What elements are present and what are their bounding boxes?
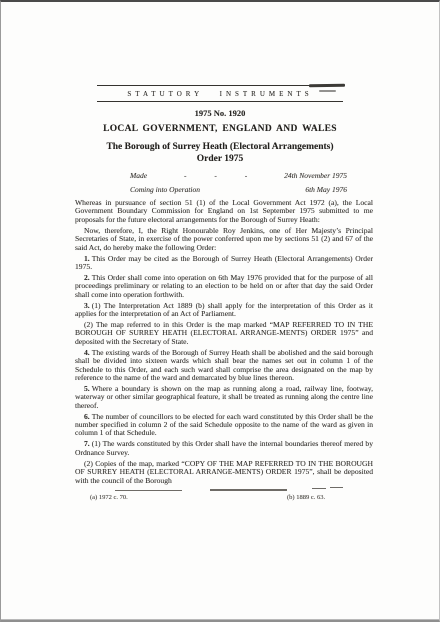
footnote-rule-segment — [115, 490, 182, 491]
order-title: The Borough of Surrey Heath (Electoral A… — [1, 142, 439, 165]
order-paragraph: 1.This Order may be cited as the Borough… — [75, 255, 373, 272]
paragraph-text: Where a boundary is shown on the map as … — [75, 384, 373, 410]
paragraph-text: (2) Copies of the map, marked “COPY OF T… — [75, 459, 373, 485]
paragraph-text: (2) The map referred to in this Order is… — [75, 320, 373, 346]
paragraph-text: This Order shall come into operation on … — [75, 273, 373, 299]
si-banner: STATUTORY INSTRUMENTS — [97, 85, 343, 102]
order-paragraph: 6.The number of councillors to be electe… — [75, 413, 373, 438]
order-paragraph: (2) Copies of the map, marked “COPY OF T… — [75, 460, 373, 485]
order-body: Whereas in pursuance of section 51 (1) o… — [75, 199, 373, 487]
footnote-b: (b) 1889 c. 63. — [287, 494, 325, 501]
footnote-rule-segment — [312, 488, 326, 489]
dates-block: Made - - - 24th November 1975 Coming int… — [130, 171, 347, 198]
order-paragraph: Now, therefore, I, the Right Honourable … — [75, 227, 373, 252]
operation-row: Coming into Operation 6th May 1976 — [130, 185, 347, 194]
paragraph-text: This Order may be cited as the Borough o… — [75, 254, 373, 271]
scan-smudge — [319, 90, 336, 92]
order-paragraph: (2) The map referred to in this Order is… — [75, 321, 373, 346]
page-bottom-edge — [1, 619, 439, 620]
operation-label: Coming into Operation — [130, 185, 200, 194]
paragraph-text: The existing wards of the Borough of Sur… — [75, 348, 373, 382]
operation-date: 6th May 1976 — [305, 185, 347, 194]
order-paragraph: 7.(1) The wards constituted by this Orde… — [75, 440, 373, 457]
paragraph-text: Now, therefore, I, the Right Honourable … — [75, 226, 373, 252]
made-date: 24th November 1975 — [284, 171, 347, 180]
made-dashes: - - - — [147, 171, 284, 180]
subject-heading: LOCAL GOVERNMENT, ENGLAND AND WALES — [1, 124, 439, 134]
footnote-a: (a) 1972 c. 70. — [90, 494, 128, 501]
order-paragraph: Whereas in pursuance of section 51 (1) o… — [75, 199, 373, 224]
banner-rule-bottom — [97, 101, 343, 102]
paragraph-text: (1) The Interpretation Act 1889 (b) shal… — [75, 301, 373, 318]
order-paragraph: 3.(1) The Interpretation Act 1889 (b) sh… — [75, 302, 373, 319]
series-title: STATUTORY INSTRUMENTS — [97, 86, 343, 101]
order-title-line2: Order 1975 — [1, 154, 439, 166]
document-page: STATUTORY INSTRUMENTS 1975 No. 1920 LOCA… — [0, 0, 440, 622]
order-paragraph: 4.The existing wards of the Borough of S… — [75, 349, 373, 383]
order-title-line1: The Borough of Surrey Heath (Electoral A… — [1, 142, 439, 154]
order-paragraph: 2.This Order shall come into operation o… — [75, 274, 373, 299]
footnote-rule-segment — [330, 487, 343, 488]
instrument-number: 1975 No. 1920 — [1, 108, 439, 118]
made-label: Made — [130, 171, 147, 180]
scan-smudge — [309, 84, 345, 88]
paragraph-text: The number of councillors to be elected … — [75, 412, 373, 438]
footnote-rule-segment — [210, 489, 287, 491]
made-row: Made - - - 24th November 1975 — [130, 171, 347, 180]
paragraph-text: Whereas in pursuance of section 51 (1) o… — [75, 198, 373, 224]
order-paragraph: 5.Where a boundary is shown on the map a… — [75, 385, 373, 410]
paragraph-text: (1) The wards constituted by this Order … — [75, 439, 373, 456]
